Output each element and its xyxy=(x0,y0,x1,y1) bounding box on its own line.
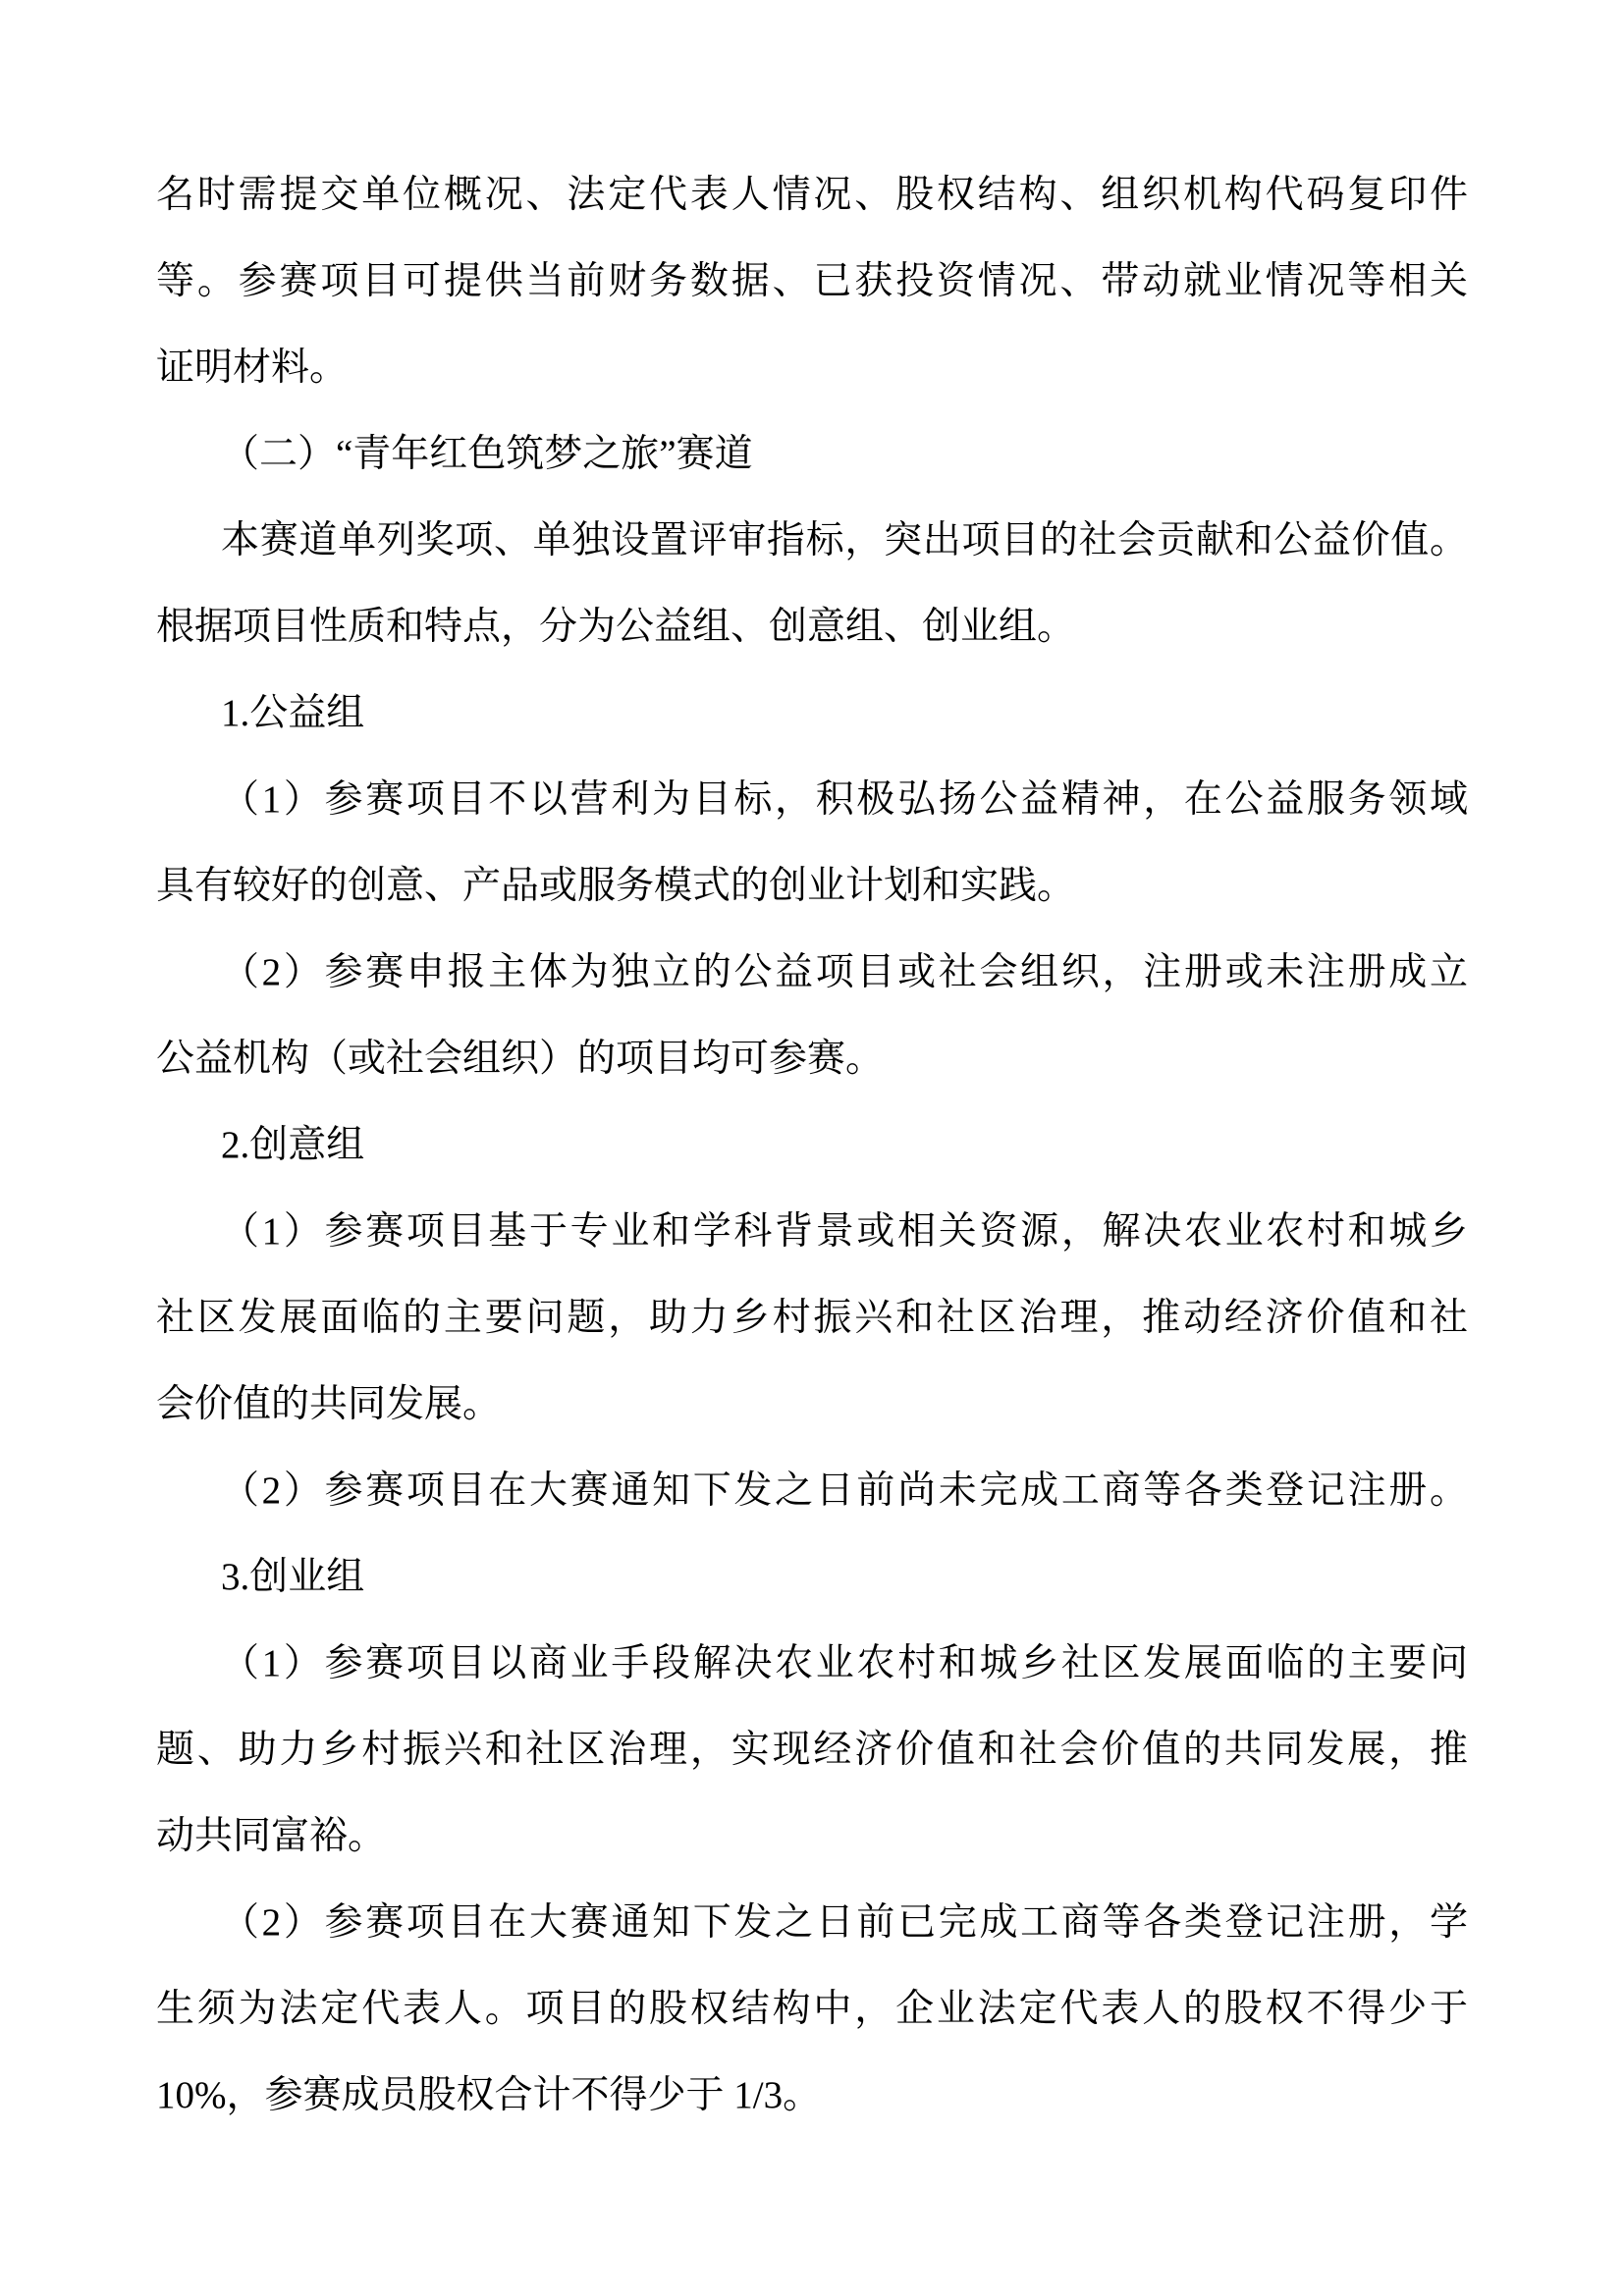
subsection-heading: 1.公益组 xyxy=(156,670,1468,757)
text-line: （1）参赛项目不以营利为目标，积极弘扬公益精神，在公益服务领域 xyxy=(156,757,1468,843)
text-line: 名时需提交单位概况、法定代表人情况、股权结构、组织机构代码复印件 xyxy=(156,152,1468,239)
text-line: 公益机构（或社会组织）的项目均可参赛。 xyxy=(156,1016,1468,1102)
text-line: 动共同富裕。 xyxy=(156,1793,1468,1880)
text-line: （2）参赛项目在大赛通知下发之日前已完成工商等各类登记注册，学 xyxy=(156,1880,1468,1966)
document-page: 名时需提交单位概况、法定代表人情况、股权结构、组织机构代码复印件 等。参赛项目可… xyxy=(0,0,1624,2296)
text-line: 生须为法定代表人。项目的股权结构中，企业法定代表人的股权不得少于 xyxy=(156,1966,1468,2053)
subsection-heading: 2.创意组 xyxy=(156,1102,1468,1189)
text-line: （2）参赛项目在大赛通知下发之日前尚未完成工商等各类登记注册。 xyxy=(156,1448,1468,1534)
text-line: 社区发展面临的主要问题，助力乡村振兴和社区治理，推动经济价值和社 xyxy=(156,1275,1468,1362)
subsection-heading: 3.创业组 xyxy=(156,1534,1468,1621)
text-line: 10%，参赛成员股权合计不得少于 1/3。 xyxy=(156,2053,1468,2139)
text-line: 证明材料。 xyxy=(156,325,1468,411)
text-line: 题、助力乡村振兴和社区治理，实现经济价值和社会价值的共同发展，推 xyxy=(156,1707,1468,1793)
text-line: （2）参赛申报主体为独立的公益项目或社会组织，注册或未注册成立 xyxy=(156,930,1468,1016)
text-line: （1）参赛项目以商业手段解决农业农村和城乡社区发展面临的主要问 xyxy=(156,1621,1468,1707)
section-heading: （二）“青年红色筑梦之旅”赛道 xyxy=(156,411,1468,498)
text-line: （1）参赛项目基于专业和学科背景或相关资源，解决农业农村和城乡 xyxy=(156,1189,1468,1275)
text-line: 等。参赛项目可提供当前财务数据、已获投资情况、带动就业情况等相关 xyxy=(156,239,1468,325)
text-line: 本赛道单列奖项、单独设置评审指标，突出项目的社会贡献和公益价值。 xyxy=(156,498,1468,584)
text-line: 根据项目性质和特点，分为公益组、创意组、创业组。 xyxy=(156,584,1468,670)
text-line: 会价值的共同发展。 xyxy=(156,1362,1468,1448)
text-line: 具有较好的创意、产品或服务模式的创业计划和实践。 xyxy=(156,843,1468,930)
